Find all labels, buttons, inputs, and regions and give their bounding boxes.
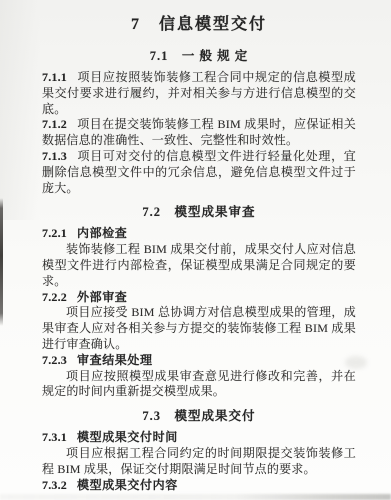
- scanned-document-page: 7 信息模型交付 7.1 一 般 规 定 7.1.1项目应按照装饰装修工程合同中…: [0, 0, 391, 500]
- section-heading-7-1: 7.1 一 般 规 定: [42, 48, 356, 64]
- scan-edge-artifact-left: [0, 198, 3, 326]
- clause-number: 7.1.2: [42, 117, 67, 131]
- clause-number: 7.1.3: [42, 149, 67, 163]
- clause-7-1-1: 7.1.1项目应按照装饰装修工程合同中规定的信息模型成果交付要求进行履约，并对相…: [42, 70, 356, 117]
- clause-7-1-2: 7.1.2项目在提交装饰装修工程 BIM 成果时，应保证相关数据信息的准确性、一…: [42, 117, 356, 149]
- clause-number: 7.3.1: [42, 430, 67, 444]
- subclause-heading-7-3-1: 7.3.1模型成果交付时间: [42, 430, 356, 446]
- section-heading-7-3: 7.3 模型成果交付: [42, 408, 356, 424]
- subclause-title: 外部审查: [77, 290, 127, 304]
- subclause-title: 内部检查: [77, 226, 127, 240]
- subclause-body-7-2-2: 项目应接受 BIM 总协调方对信息模型成果的管理，成果审查人应对各相关参与方提交…: [42, 305, 356, 352]
- chapter-title: 7 信息模型交付: [42, 15, 356, 35]
- subclause-heading-7-2-1: 7.2.1内部检查: [42, 226, 356, 242]
- subclause-body-7-2-3: 项目应按照模型成果审查意见进行修改和完善，并在规定的时间内重新提交模型成果。: [42, 369, 356, 401]
- clause-number: 7.2.2: [42, 290, 67, 304]
- clause-text: 项目应按照装饰装修工程合同中规定的信息模型成果交付要求进行履约，并对相关参与方进…: [42, 70, 356, 116]
- clause-text: 项目可对交付的信息模型文件进行轻量化处理，宜删除信息模型文件中的冗余信息，避免信…: [42, 149, 356, 195]
- clause-text: 项目在提交装饰装修工程 BIM 成果时，应保证相关数据信息的准确性、一致性、完整…: [42, 117, 356, 147]
- clause-7-1-3: 7.1.3项目可对交付的信息模型文件进行轻量化处理，宜删除信息模型文件中的冗余信…: [42, 149, 356, 196]
- scan-smudge-artifact: [345, 356, 367, 369]
- clause-number: 7.2.3: [42, 353, 67, 367]
- scan-shading-top-left: [0, 0, 40, 220]
- subclause-body-7-3-1: 项目应根据工程合同约定的时间期限提交装饰装修工程 BIM 成果，保证交付期限满足…: [42, 446, 356, 478]
- scan-edge-shadow-bottom: [0, 494, 391, 500]
- subclause-heading-7-3-2: 7.3.2模型成果交付内容: [42, 478, 356, 494]
- clause-number: 7.3.2: [42, 478, 67, 492]
- subclause-body-7-2-1: 装饰装修工程 BIM 成果交付前，成果交付人应对信息模型文件进行内部检查，保证模…: [42, 242, 356, 289]
- clause-number: 7.1.1: [42, 70, 67, 84]
- subclause-heading-7-2-3: 7.2.3审查结果处理: [42, 353, 356, 369]
- section-heading-7-2: 7.2 模型成果审查: [42, 204, 356, 220]
- subclause-title: 审查结果处理: [77, 353, 153, 367]
- document-content: 7 信息模型交付 7.1 一 般 规 定 7.1.1项目应按照装饰装修工程合同中…: [42, 0, 356, 493]
- clause-number: 7.2.1: [42, 226, 67, 240]
- subclause-heading-7-2-2: 7.2.2外部审查: [42, 290, 356, 306]
- subclause-title: 模型成果交付内容: [77, 478, 178, 492]
- subclause-title: 模型成果交付时间: [77, 430, 178, 444]
